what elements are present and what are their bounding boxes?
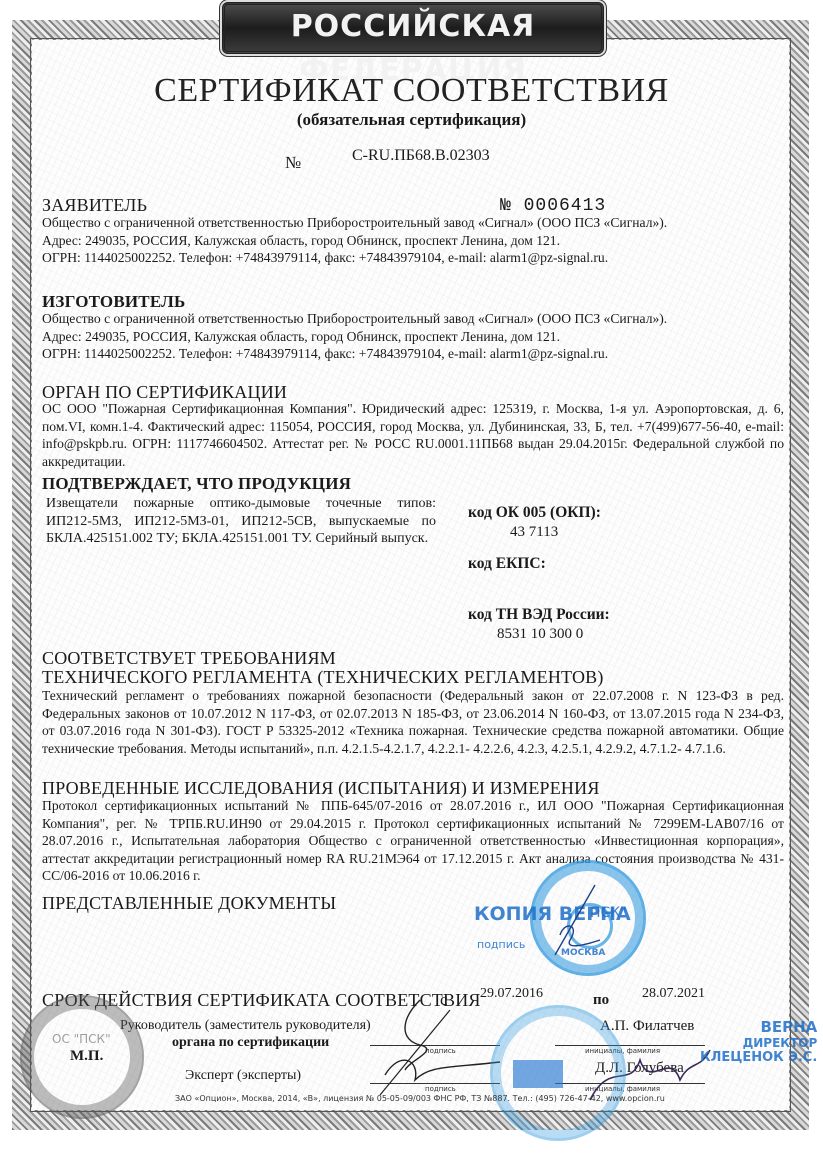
tests-text: Протокол сертификационных испытаний № ПП… [42, 797, 784, 885]
okp-code-value: 43 7113 [510, 524, 558, 541]
ekps-code-label: код ЕКПС: [468, 555, 546, 573]
head-role-line1: Руководитель (заместитель руководителя) [120, 1018, 371, 1034]
certification-body-seal: ОС "ПСК" [20, 995, 144, 1119]
head-role-line2: органа по сертификации [172, 1035, 329, 1051]
tnved-code-value: 8531 10 300 0 [497, 626, 583, 643]
director-stamp: ВЕРНА ДИРЕКТОР КЛЕЦЕНОК Э.С. [700, 1018, 817, 1065]
documents-heading: ПРЕДСТАВЛЕННЫЕ ДОКУМЕНТЫ [42, 893, 336, 914]
applicant-heading: ЗАЯВИТЕЛЬ [42, 195, 147, 216]
product-text: Извещатели пожарные оптико-дымовые точеч… [46, 495, 436, 548]
applicant-details: Общество с ограниченной ответственностью… [42, 214, 782, 267]
manufacturer-heading: ИЗГОТОВИТЕЛЬ [42, 292, 185, 312]
certificate-ornamental-border [12, 20, 809, 1130]
manufacturer-name: Общество с ограниченной ответственностью… [42, 310, 782, 328]
head-name: А.П. Филатчев [600, 1018, 694, 1035]
requirements-heading-line2: ТЕХНИЧЕСКОГО РЕГЛАМЕНТА (ТЕХНИЧЕСКИХ РЕГ… [42, 667, 604, 688]
country-banner: РОССИЙСКАЯ ФЕДЕРАЦИЯ [222, 2, 604, 54]
certificate-number: C-RU.ПБ68.В.02303 [352, 147, 490, 165]
certificate-title: СЕРТИФИКАТ СООТВЕТСТВИЯ [0, 72, 823, 110]
certificate-subtitle: (обязательная сертификация) [0, 110, 823, 130]
company-logo-icon [513, 1060, 563, 1088]
certification-body-text: ОС ООО "Пожарная Сертификационная Компан… [42, 400, 784, 470]
expert-role: Эксперт (эксперты) [185, 1068, 301, 1084]
applicant-contacts: ОГРН: 1144025002252. Телефон: +748439791… [42, 249, 782, 267]
validity-to-date: 28.07.2021 [642, 986, 705, 1002]
copy-sign-label: подпись [477, 938, 525, 951]
manufacturer-address: Адрес: 249035, РОССИЯ, Калужская область… [42, 328, 782, 346]
applicant-name: Общество с ограниченной ответственностью… [42, 214, 782, 232]
printer-info: ЗАО «Опцион», Москва, 2014, «В», лицензи… [175, 1094, 665, 1103]
manufacturer-details: Общество с ограниченной ответственностью… [42, 310, 782, 363]
validity-to-label: по [593, 992, 609, 1009]
tnved-code-label: код ТН ВЭД России: [468, 606, 610, 624]
number-sign: № [285, 153, 301, 173]
seal-text: ОС "ПСК" [52, 1032, 111, 1046]
product-heading: ПОДТВЕРЖДАЕТ, ЧТО ПРОДУКЦИЯ [42, 474, 351, 494]
tests-heading: ПРОВЕДЕННЫЕ ИССЛЕДОВАНИЯ (ИСПЫТАНИЯ) И И… [42, 778, 600, 799]
manufacturer-contacts: ОГРН: 1144025002252. Телефон: +748439791… [42, 345, 782, 363]
director-stamp-line2: ДИРЕКТОР [700, 1036, 817, 1050]
director-stamp-line1: ВЕРНА [700, 1018, 817, 1036]
applicant-address: Адрес: 249035, РОССИЯ, Калужская область… [42, 232, 782, 250]
director-stamp-line3: КЛЕЦЕНОК Э.С. [700, 1050, 817, 1065]
requirements-text: Технический регламент о требованиях пожа… [42, 687, 784, 757]
copy-signature-icon [545, 880, 605, 960]
okp-code-label: код ОК 005 (ОКП): [468, 504, 601, 522]
requirements-heading-line1: СООТВЕТСТВУЕТ ТРЕБОВАНИЯМ [42, 648, 336, 669]
blank-number: № 0006413 [500, 196, 606, 216]
